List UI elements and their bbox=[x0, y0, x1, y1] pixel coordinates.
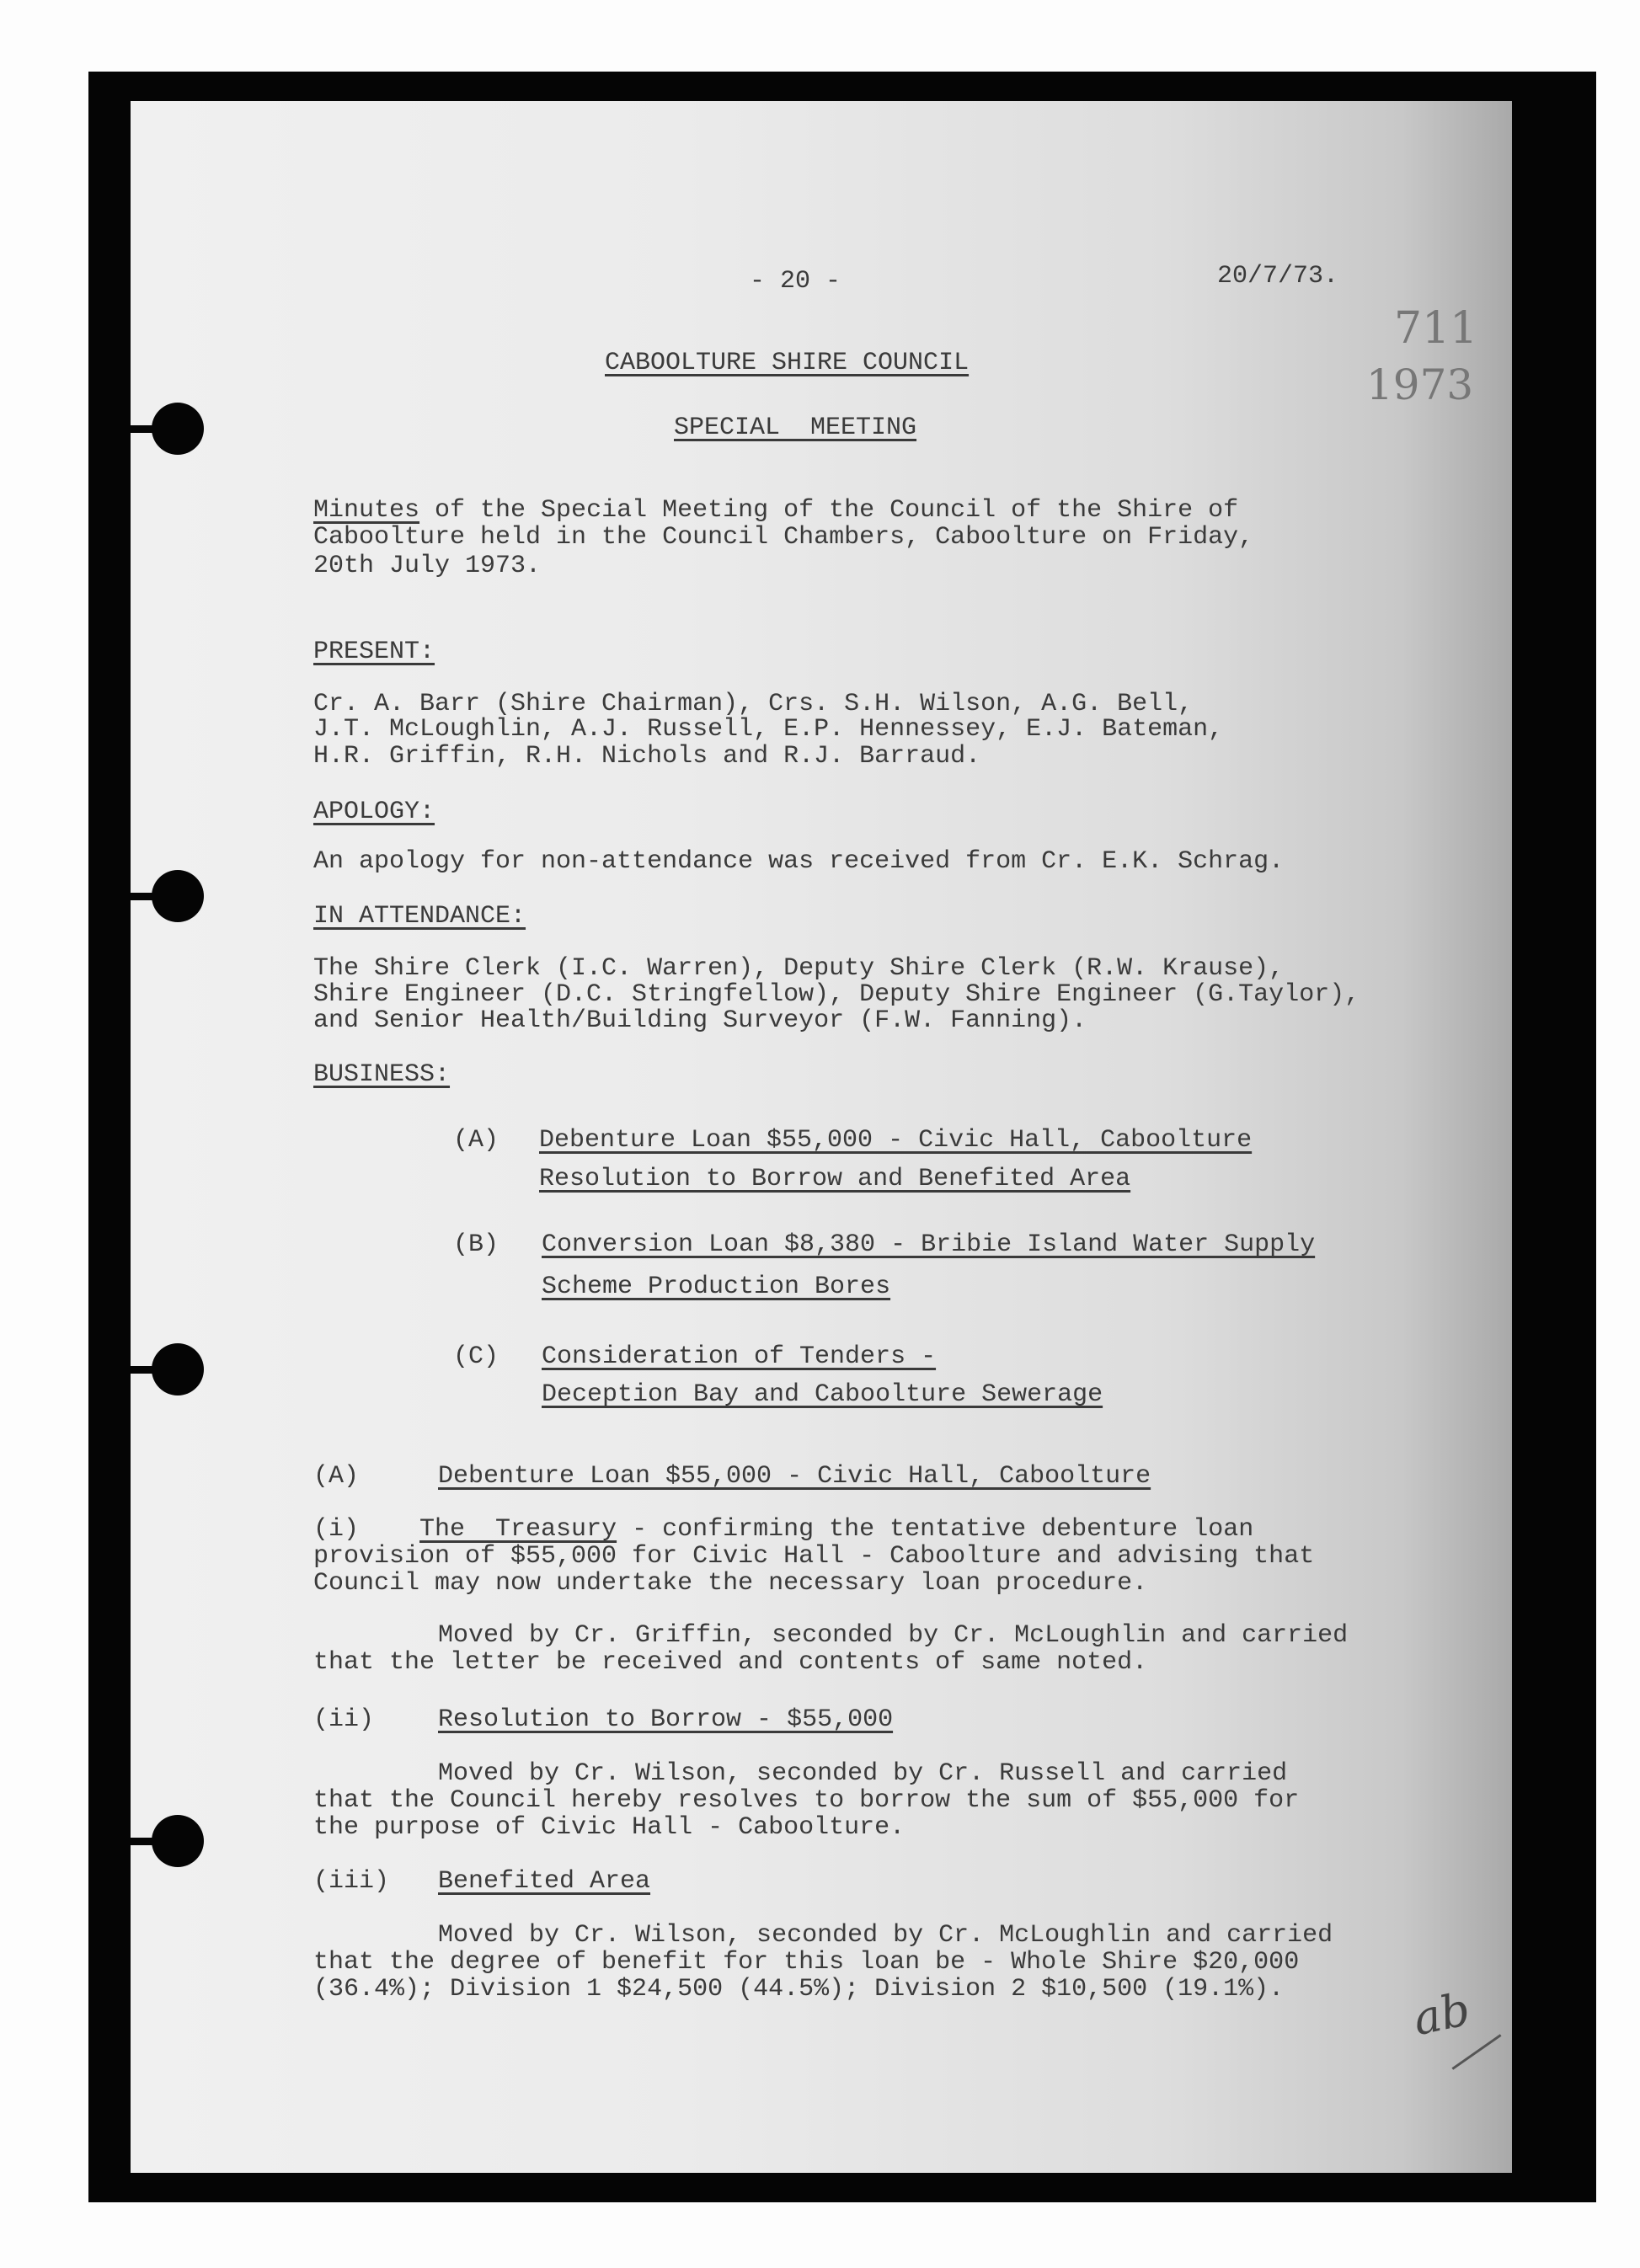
intro-line-1: Minutes of the Special Meeting of the Co… bbox=[313, 497, 1238, 525]
attendance-line-1: The Shire Clerk (I.C. Warren), Deputy Sh… bbox=[313, 955, 1284, 983]
intro-lead: Minutes bbox=[313, 496, 419, 525]
business-item-label: (C) bbox=[453, 1343, 499, 1371]
item-i-motion-2: that the letter be received and contents… bbox=[313, 1649, 1147, 1677]
binder-hole bbox=[152, 870, 204, 922]
item-iii-motion-2: that the degree of benefit for this loan… bbox=[313, 1949, 1299, 1977]
business-item-b-line-2: Scheme Production Bores bbox=[542, 1273, 890, 1301]
item-ii-motion-2: that the Council hereby resolves to borr… bbox=[313, 1787, 1299, 1815]
present-heading: PRESENT: bbox=[313, 638, 435, 666]
business-item-a-line-1: Debenture Loan $55,000 - Civic Hall, Cab… bbox=[539, 1127, 1252, 1155]
present-line-2: J.T. McLoughlin, A.J. Russell, E.P. Henn… bbox=[313, 716, 1223, 744]
item-ii-motion-1: Moved by Cr. Wilson, seconded by Cr. Rus… bbox=[438, 1760, 1287, 1788]
item-i-title: The Treasury bbox=[419, 1515, 617, 1544]
business-item-c-line-2: Deception Bay and Caboolture Sewerage bbox=[542, 1381, 1103, 1409]
binder-hole bbox=[152, 1343, 204, 1395]
archive-stamp-year: 1973 bbox=[1366, 360, 1473, 409]
archive-stamp-number: 711 bbox=[1394, 303, 1477, 354]
page-number: - 20 - bbox=[750, 268, 841, 296]
item-iii-label: (iii) bbox=[313, 1868, 389, 1896]
item-iii-motion-3: (36.4%); Division 1 $24,500 (44.5%); Div… bbox=[313, 1976, 1284, 2004]
intro-line-2: Caboolture held in the Council Chambers,… bbox=[313, 524, 1253, 552]
present-line-3: H.R. Griffin, R.H. Nichols and R.J. Barr… bbox=[313, 743, 980, 771]
item-iii-title: Benefited Area bbox=[438, 1868, 650, 1896]
item-i-motion-1: Moved by Cr. Griffin, seconded by Cr. Mc… bbox=[438, 1622, 1348, 1650]
item-ii-label: (ii) bbox=[313, 1706, 374, 1734]
attendance-line-2: Shire Engineer (D.C. Stringfellow), Depu… bbox=[313, 981, 1360, 1009]
business-item-a-line-2: Resolution to Borrow and Benefited Area bbox=[539, 1166, 1130, 1193]
business-item-b-line-1: Conversion Loan $8,380 - Bribie Island W… bbox=[542, 1231, 1315, 1259]
apology-text: An apology for non-attendance was receiv… bbox=[313, 848, 1284, 876]
attendance-line-3: and Senior Health/Building Surveyor (F.W… bbox=[313, 1007, 1087, 1035]
item-i-line-1: (i) The Treasury - confirming the tentat… bbox=[313, 1516, 1253, 1544]
meeting-title: SPECIAL MEETING bbox=[674, 414, 916, 442]
intro-line-3: 20th July 1973. bbox=[313, 552, 541, 580]
council-title: CABOOLTURE SHIRE COUNCIL bbox=[605, 350, 969, 377]
document-date: 20/7/73. bbox=[1217, 263, 1338, 291]
section-a-title: Debenture Loan $55,000 - Civic Hall, Cab… bbox=[438, 1463, 1151, 1491]
apology-heading: APOLOGY: bbox=[313, 798, 435, 826]
item-iii-motion-1: Moved by Cr. Wilson, seconded by Cr. McL… bbox=[438, 1922, 1333, 1950]
item-i-line-3: Council may now undertake the necessary … bbox=[313, 1570, 1147, 1598]
binder-hole bbox=[152, 1815, 204, 1867]
item-i-line-2: provision of $55,000 for Civic Hall - Ca… bbox=[313, 1543, 1314, 1571]
business-item-label: (A) bbox=[453, 1127, 499, 1155]
item-ii-motion-3: the purpose of Civic Hall - Caboolture. bbox=[313, 1814, 905, 1842]
business-item-c-line-1: Consideration of Tenders - bbox=[542, 1343, 936, 1371]
business-heading: BUSINESS: bbox=[313, 1061, 450, 1089]
attendance-heading: IN ATTENDANCE: bbox=[313, 903, 526, 931]
item-ii-title: Resolution to Borrow - $55,000 bbox=[438, 1706, 893, 1734]
business-item-label: (B) bbox=[453, 1231, 499, 1259]
binder-hole bbox=[152, 403, 204, 455]
section-a-label: (A) bbox=[313, 1463, 359, 1491]
